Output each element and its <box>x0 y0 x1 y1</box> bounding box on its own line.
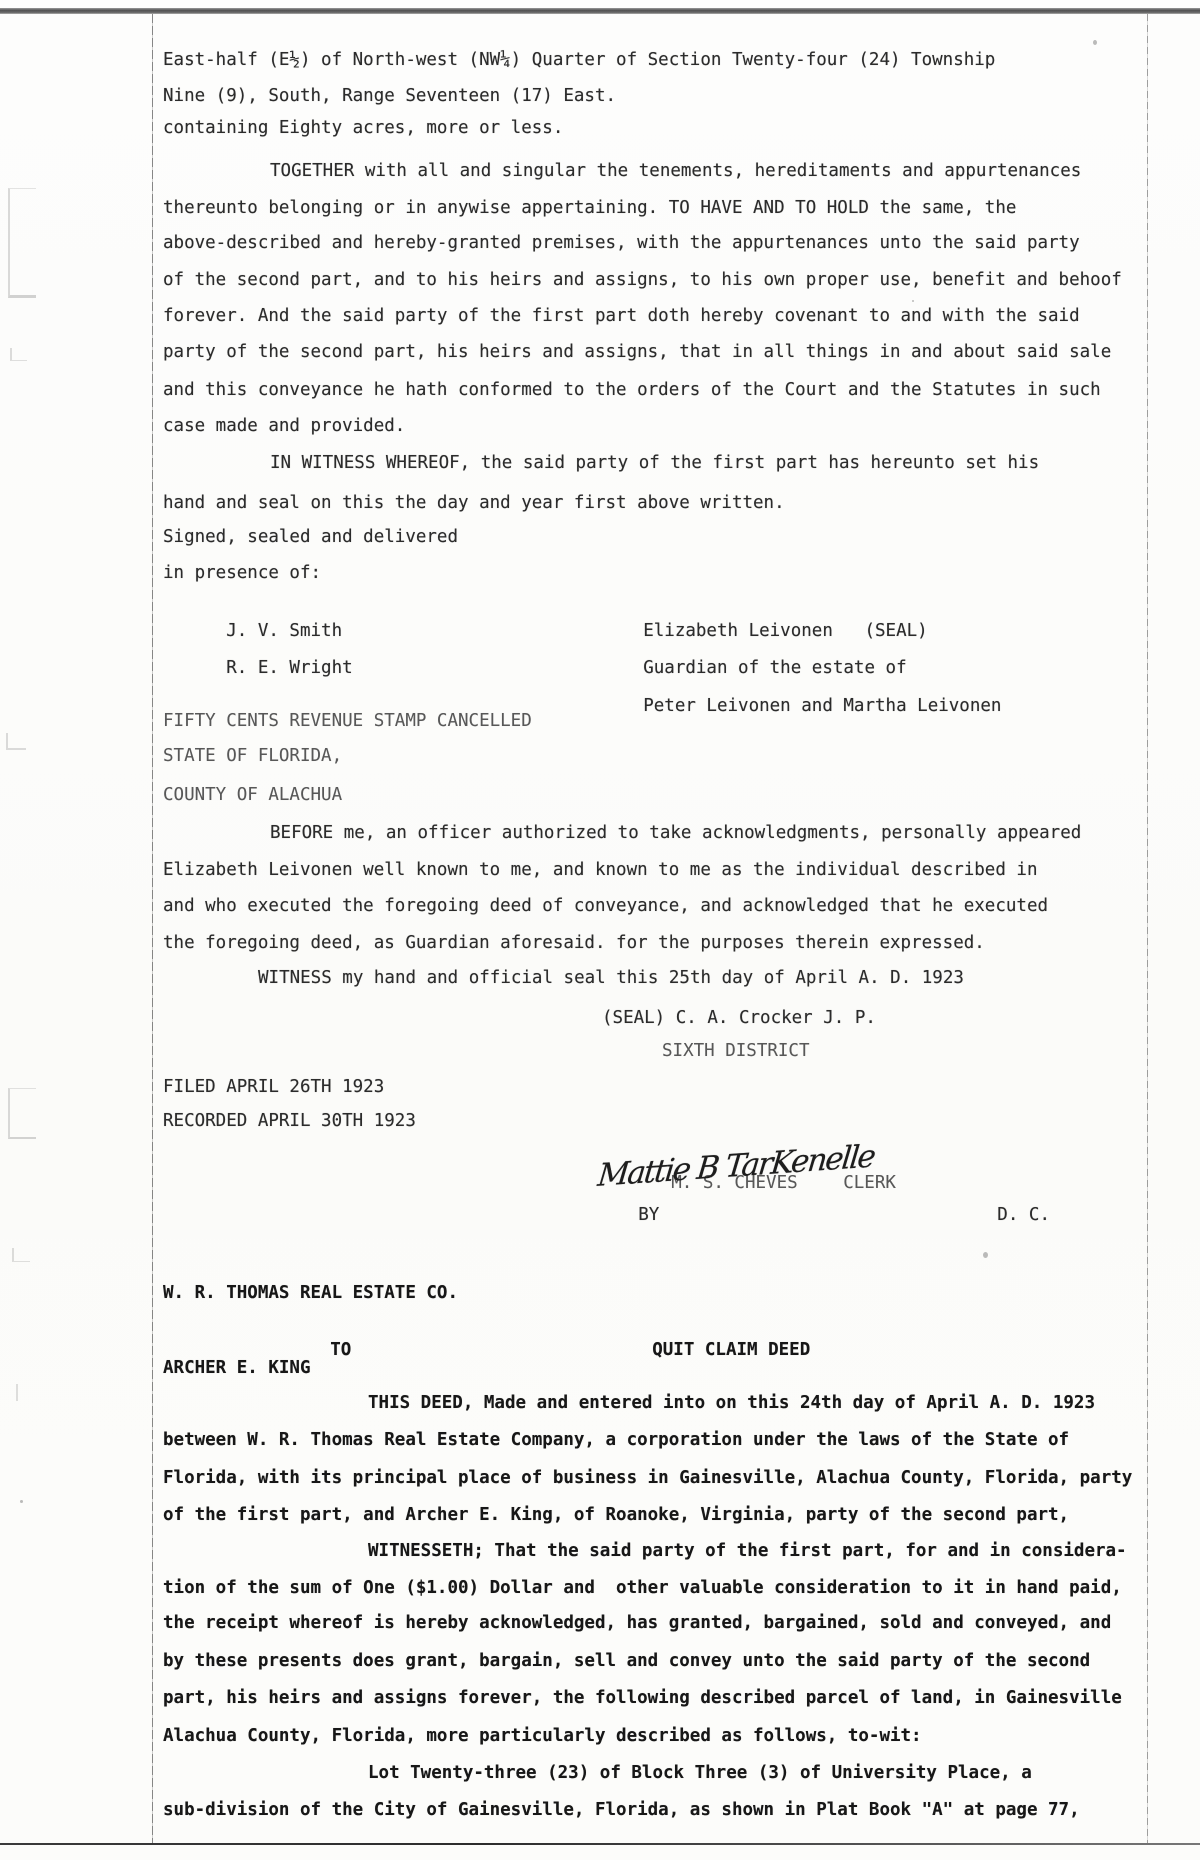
legal-description-line: containing Eighty acres, more or less. <box>163 118 563 138</box>
deed-caption-row: TOQUIT CLAIM DEED <box>267 1320 810 1380</box>
deed-body-line: part, his heirs and assigns forever, the… <box>163 1688 1122 1708</box>
habendum-line: thereunto belonging or in anywise appert… <box>163 198 1016 218</box>
state-line: STATE OF FLORIDA, <box>163 746 342 766</box>
witness-name: R. E. Wright <box>226 658 643 678</box>
habendum-line: of the second part, and to his heirs and… <box>163 270 1122 290</box>
margin-dash-mark <box>6 733 26 750</box>
deed-text-column: East-half (E½) of North-west (NW¼) Quart… <box>163 0 1148 1860</box>
party-signature-title: Guardian of the estate of <box>643 658 906 678</box>
deed-body-line: THIS DEED, Made and entered into on this… <box>368 1393 1095 1413</box>
deed-record-page: East-half (E½) of North-west (NW¼) Quart… <box>0 0 1200 1860</box>
legal-description-line: East-half (E½) of North-west (NW¼) Quart… <box>163 50 995 70</box>
acknowledgment-line: Elizabeth Leivonen well known to me, and… <box>163 860 1037 880</box>
margin-dash-mark <box>10 348 27 361</box>
county-line: COUNTY OF ALACHUA <box>163 785 342 805</box>
testimonium-line: hand and seal on this the day and year f… <box>163 493 785 513</box>
habendum-line: and this conveyance he hath conformed to… <box>163 380 1101 400</box>
filed-line: FILED APRIL 26TH 1923 <box>163 1077 384 1097</box>
deed-body-line: between W. R. Thomas Real Estate Company… <box>163 1430 1069 1450</box>
grantee-name: ARCHER E. KING <box>163 1358 311 1378</box>
to-label: TO <box>330 1340 652 1360</box>
party-signature-title: Peter Leivonen and Martha Leivonen <box>643 696 1001 716</box>
deed-body-line: the receipt whereof is hereby acknowledg… <box>163 1613 1111 1633</box>
notary-seal-line: (SEAL) C. A. Crocker J. P. <box>602 1008 876 1028</box>
margin-dash-mark <box>16 1384 27 1401</box>
deed-title: QUIT CLAIM DEED <box>652 1340 810 1360</box>
revenue-stamp-line: FIFTY CENTS REVENUE STAMP CANCELLED <box>163 711 532 731</box>
left-margin-rule <box>152 14 153 1844</box>
deed-body-line: Alachua County, Florida, more particular… <box>163 1726 922 1746</box>
by-label: BY <box>638 1205 659 1225</box>
acknowledgment-line: and who executed the foregoing deed of c… <box>163 896 1048 916</box>
deed-body-line: of the first part, and Archer E. King, o… <box>163 1505 1069 1525</box>
parcel-description-line: Lot Twenty-three (23) of Block Three (3)… <box>368 1763 1032 1783</box>
deputy-title: D. C. <box>997 1205 1050 1225</box>
margin-bracket-mark <box>8 188 36 298</box>
habendum-line: above-described and hereby-granted premi… <box>163 233 1080 253</box>
attestation-line: in presence of: <box>163 563 321 583</box>
deed-body-line: by these presents does grant, bargain, s… <box>163 1651 1090 1671</box>
margin-dash-mark <box>12 1248 30 1262</box>
parcel-description-line: sub-division of the City of Gainesville,… <box>163 1800 1080 1820</box>
habendum-line: forever. And the said party of the first… <box>163 306 1080 326</box>
habendum-line: TOGETHER with all and singular the tenem… <box>270 161 1081 181</box>
deed-body-line: tion of the sum of One ($1.00) Dollar an… <box>163 1578 1122 1598</box>
deed-body-line: Florida, with its principal place of bus… <box>163 1468 1132 1488</box>
habendum-line: party of the second part, his heirs and … <box>163 342 1111 362</box>
margin-bracket-mark <box>8 1088 36 1139</box>
legal-description-line: Nine (9), South, Range Seventeen (17) Ea… <box>163 86 616 106</box>
acknowledgment-line: BEFORE me, an officer authorized to take… <box>270 823 1081 843</box>
recorded-line: RECORDED APRIL 30TH 1923 <box>163 1111 416 1131</box>
attestation-line: Signed, sealed and delivered <box>163 527 458 547</box>
notary-district-line: SIXTH DISTRICT <box>662 1041 810 1061</box>
deputy-clerk-line: BYD. C. <box>575 1185 1050 1245</box>
notary-date-line: WITNESS my hand and official seal this 2… <box>258 968 964 988</box>
testimonium-line: IN WITNESS WHEREOF, the said party of th… <box>270 453 1039 473</box>
deed-body-line: WITNESSETH; That the said party of the f… <box>368 1541 1127 1561</box>
acknowledgment-line: the foregoing deed, as Guardian aforesai… <box>163 933 985 953</box>
dust-speck <box>20 1500 23 1503</box>
grantor-name: W. R. THOMAS REAL ESTATE CO. <box>163 1283 458 1303</box>
habendum-line: case made and provided. <box>163 416 405 436</box>
